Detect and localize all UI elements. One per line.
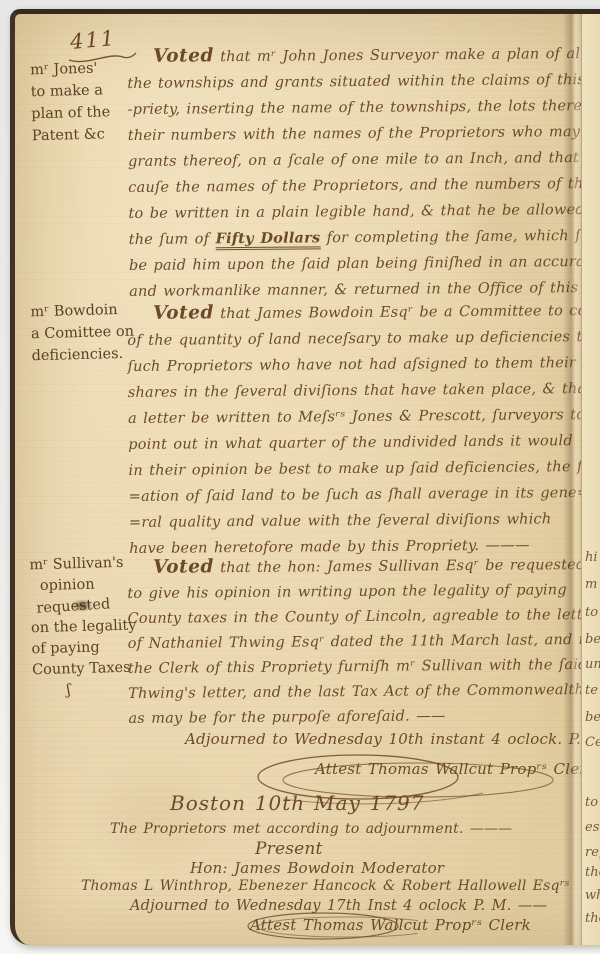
manuscript-line: Voted that the hon: James Sullivan Esqʳ … bbox=[127, 551, 577, 582]
facing-page-fragment: be bbox=[585, 710, 600, 725]
page-gutter-fold bbox=[563, 14, 581, 945]
margin-note-jones-plan: mʳ Jones' to make a plan of the Patent &… bbox=[30, 57, 132, 148]
manuscript-line: to be written in a plain legible hand, &… bbox=[128, 197, 578, 227]
margin-note-line: Patent &c bbox=[32, 123, 133, 148]
manuscript-text: that James Bowdoin Esqʳ be a Committee t… bbox=[214, 303, 600, 323]
manuscript-line: as may be for the purpoſe aforeſaid. —— bbox=[128, 703, 578, 732]
manuscript-text: that the hon: James Sullivan Esqʳ be req… bbox=[214, 557, 586, 576]
manuscript-line: ſuch Proprietors who have not had aſsign… bbox=[127, 350, 577, 380]
margin-note-line: to make a bbox=[30, 79, 131, 104]
facing-page-fragment: the bbox=[585, 865, 600, 880]
manuscript-text: the ſum of bbox=[129, 231, 216, 248]
dateline-boston: Boston 10th May 1797 bbox=[170, 791, 425, 815]
manuscript-line: be paid him upon the ſaid plan being fin… bbox=[129, 249, 579, 279]
facing-page-fragment: to bbox=[585, 605, 598, 620]
margin-note-line: mʳ Bowdoin bbox=[30, 299, 131, 324]
margin-note-line: mʳ Sullivan's bbox=[29, 553, 130, 577]
facing-page-fragment: be, bbox=[585, 632, 600, 647]
facing-page-fragment: the bbox=[585, 911, 600, 926]
proprietors-met-line: The Proprietors met according to adjourn… bbox=[110, 821, 512, 837]
facing-page-fragment: wh bbox=[585, 888, 600, 903]
manuscript-line: Thwing's letter, and the last Tax Act of… bbox=[128, 678, 578, 707]
vote-lead-word: Voted bbox=[153, 302, 214, 324]
manuscript-line: shares in the ſeveral diviſions that hav… bbox=[128, 376, 578, 406]
facing-page-fragment: te bbox=[585, 683, 598, 698]
manuscript-line: cauſe the names of the Proprietors, and … bbox=[128, 171, 578, 201]
manuscript-text: that mʳ John Jones Surveyor make a plan … bbox=[214, 46, 585, 65]
facing-page-fragment: m bbox=[585, 577, 597, 592]
vote-lead-word: Voted bbox=[153, 556, 214, 578]
present-heading: Present bbox=[255, 839, 323, 859]
manuscript-line: their numbers with the names of the Prop… bbox=[128, 119, 578, 149]
manuscript-text: for completing the ſame, which ſhall bbox=[320, 228, 600, 247]
margin-note-line: a Comittee on bbox=[31, 321, 132, 346]
attest-signature-2: Attest Thomas Wallcut Propʳˢ Clerk bbox=[250, 916, 531, 934]
manuscript-line: a letter be written to Meſsʳˢ Jones & Pr… bbox=[128, 402, 578, 432]
margin-note-line: deficiencies. bbox=[31, 343, 132, 368]
adjournment-line-1: Adjourned to Wednesday 10th instant 4 oc… bbox=[185, 730, 600, 748]
margin-note-line: County Taxes bbox=[32, 658, 133, 682]
adjournment-line-2: Adjourned to Wednesday 17th Inst 4 ocloc… bbox=[130, 898, 547, 914]
facing-page-fragment: est bbox=[585, 820, 600, 835]
manuscript-page: 411 mʳ Jones' to make a plan of the Pate… bbox=[10, 9, 600, 945]
attest-signature-1: Attest Thomas Wallcut Propʳˢ Cler bbox=[315, 760, 587, 778]
manuscript-scan: { "page_number": "411", "margin_notes": … bbox=[0, 0, 600, 954]
attendees-line: Thomas L Winthrop, Ebenezer Hancock & Ro… bbox=[81, 878, 570, 894]
facing-page-fragment: un bbox=[585, 657, 600, 672]
facing-page-fragment: Ce bbox=[585, 735, 600, 750]
facing-page-fragment: rep bbox=[585, 845, 600, 860]
facing-page-fragment: hi bbox=[585, 550, 598, 565]
manuscript-line: =ral quality and value with the ſeveral … bbox=[129, 506, 579, 536]
margin-note-line: plan of the bbox=[31, 101, 132, 126]
manuscript-line: in their opinion be best to make up ſaid… bbox=[128, 454, 578, 484]
manuscript-line-sum: the ſum of Fifty Dollars for completing … bbox=[129, 223, 579, 253]
manuscript-line: point out in what quarter of the undivid… bbox=[128, 428, 578, 458]
fifty-dollars-underlined: Fifty Dollars bbox=[215, 229, 320, 250]
moderator-line: Hon: James Bowdoin Moderator bbox=[190, 859, 444, 877]
vote-lead-word: Voted bbox=[153, 45, 214, 67]
margin-note-line: ʃ bbox=[66, 679, 133, 702]
margin-note-bowdoin-committee: mʳ Bowdoin a Comittee on deficiencies. bbox=[30, 299, 132, 368]
ink-blot bbox=[71, 599, 93, 612]
margin-note-sullivan-opinion: mʳ Sullivan's opinion requested on the l… bbox=[29, 553, 133, 703]
manuscript-line: grants thereof, on a ſcale of one mile t… bbox=[128, 145, 578, 175]
vote-entry-jones-survey: Voted that mʳ John Jones Surveyor make a… bbox=[127, 40, 579, 305]
manuscript-line: =ation of ſaid land to be ſuch as ſhall … bbox=[129, 480, 579, 510]
vote-entry-sullivan-opinion: Voted that the hon: James Sullivan Esqʳ … bbox=[127, 551, 579, 732]
margin-note-line: mʳ Jones' bbox=[30, 57, 131, 82]
vote-entry-bowdoin-committee: Voted that James Bowdoin Esqʳ be a Commi… bbox=[127, 297, 579, 562]
manuscript-line: Voted that mʳ John Jones Surveyor make a… bbox=[127, 40, 577, 71]
manuscript-line: the townships and grants situated within… bbox=[127, 67, 577, 97]
manuscript-line: Voted that James Bowdoin Esqʳ be a Commi… bbox=[127, 297, 577, 328]
margin-note-line: of paying bbox=[31, 637, 132, 661]
manuscript-line: -priety, inserting the name of the towns… bbox=[127, 93, 577, 123]
manuscript-line: of the quantity of land neceſsary to mak… bbox=[127, 324, 577, 354]
facing-page-fragment: to bbox=[585, 795, 598, 810]
